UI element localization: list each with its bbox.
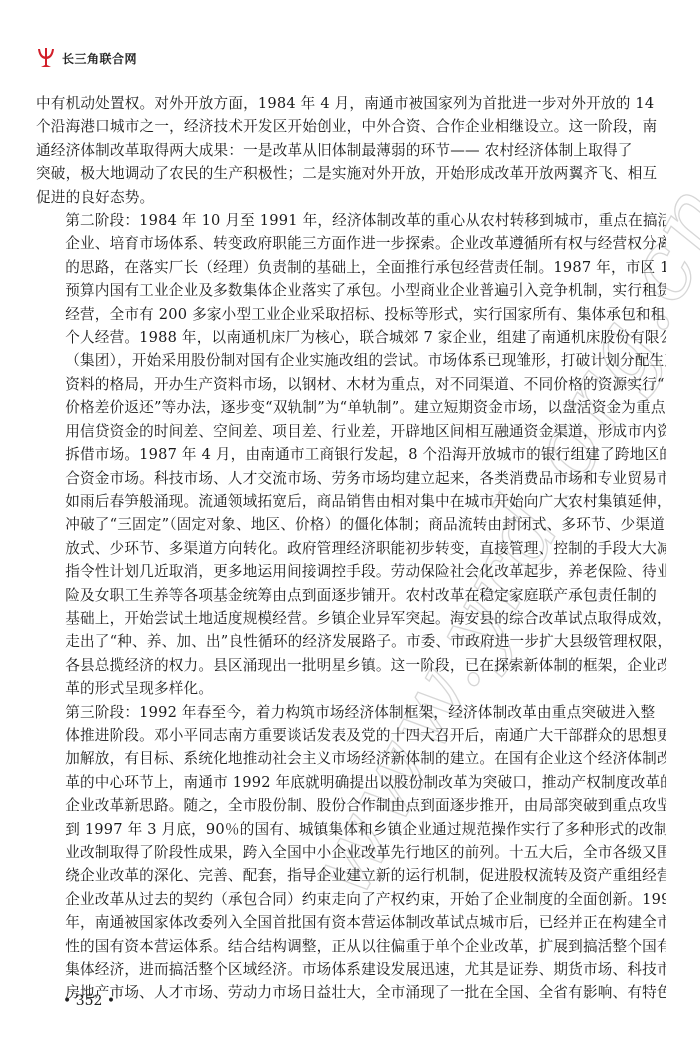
paragraph: 第二阶段：1984 年 10 月至 1991 年，经济体制改革的重心从农村转移到… xyxy=(36,209,666,701)
text-line: 险及女职工生养等各项基金统筹由点到面逐步铺开。农村改革在稳定家庭联产承包责任制的 xyxy=(36,584,666,607)
text-line: 走出了“种、养、加、出”良性循环的经济发展路子。市委、市政府进一步扩大县级管理权… xyxy=(36,630,666,653)
paragraph: 第三阶段：1992 年春至今，着力构筑市场经济体制框架，经济体制改革由重点突破进… xyxy=(36,701,666,1005)
text-line: 资料的格局，开办生产资料市场，以钢材、木材为重点，对不同渠道、不同价格的资源实行… xyxy=(36,373,666,396)
text-line: 房地产市场、人才市场、劳动力市场日益壮大，全市涌现了一批在全国、全省有影响、有特… xyxy=(36,981,666,1004)
text-line: 拆借市场。1987 年 4 月，由南通市工商银行发起，8 个沿海开放城市的银行组… xyxy=(36,443,666,466)
text-line: 突破，极大地调动了农民的生产积极性；二是实施对外开放，开始形成改革开放两翼齐飞、… xyxy=(36,162,666,185)
text-line: 第二阶段：1984 年 10 月至 1991 年，经济体制改革的重心从农村转移到… xyxy=(36,209,666,232)
text-line: 革的中心环节上，南通市 1992 年底就明确提出以股份制改革为突破口，推动产权制… xyxy=(36,771,666,794)
text-line: 基础上，开始尝试土地适度规模经营。乡镇企业异军突起。海安县的综合改革试点取得成效… xyxy=(36,607,666,630)
text-line: 通经济体制改革取得两大成果：一是改革从旧体制最薄弱的环节—— 农村经济体制上取得… xyxy=(36,139,666,162)
text-line: 放式、少环节、多渠道方向转化。政府管理经济职能初步转变，直接管理、控制的手段大大… xyxy=(36,537,666,560)
text-line: 业改制取得了阶段性成果，跨入全国中小企业改革先行地区的前列。十五大后，全市各级又… xyxy=(36,841,666,864)
text-line: 加解放，有目标、系统化地推动社会主义市场经济新体制的建立。在国有企业这个经济体制… xyxy=(36,747,666,770)
text-line: 的思路，在落实厂长（经理）负责制的基础上，全面推行承包经营责任制。1987 年，… xyxy=(36,256,666,279)
page-number: • 352 • xyxy=(63,993,115,1009)
text-line: 冲破了“三固定”（固定对象、地区、价格）的僵化体制；商品流转由封闭式、多环节、少… xyxy=(36,513,666,536)
text-line: 合资金市场。科技市场、人才交流市场、劳务市场均建立起来，各类消费品市场和专业贸易… xyxy=(36,467,666,490)
text-line: 体推进阶段。邓小平同志南方重要谈话发表及党的十四大召开后，南通广大干部群众的思想… xyxy=(36,724,666,747)
text-line: 经营，全市有 200 多家小型工业企业采取招标、投标等形式，实行国家所有、集体承… xyxy=(36,303,666,326)
text-line: 用信贷资金的时间差、空间差、项目差、行业差，开辟地区间相互融通资金渠道，形成市内… xyxy=(36,420,666,443)
text-line: 到 1997 年 3 月底，90％的国有、城镇集体和乡镇企业通过规范操作实行了多… xyxy=(36,818,666,841)
text-line: 个人经营。1988 年，以南通机床厂为核心，联合城郊 7 家企业，组建了南通机床… xyxy=(36,326,666,349)
text-line: 如雨后春笋般涌现。流通领域拓宽后，商品销售由相对集中在城市开始向广大农村集镇延伸… xyxy=(36,490,666,513)
text-line: 价格差价返还”等办法，逐步变“双轨制”为“单轨制”。建立短期资金市场，以盘活资金… xyxy=(36,396,666,419)
text-line: 企业改革新思路。随之，全市股份制、股份合作制由点到面逐步推开，由局部突破到重点攻… xyxy=(36,794,666,817)
psi-logo-icon xyxy=(36,46,56,70)
text-line: 革的形式呈现多样化。 xyxy=(36,677,666,700)
paragraph: 中有机动处置权。对外开放方面，1984 年 4 月，南通市被国家列为首批进一步对… xyxy=(36,92,666,209)
text-line: 企业、培育市场体系、转变政府职能三方面作进一步探索。企业改革遵循所有权与经营权分… xyxy=(36,232,666,255)
text-line: 指令性计划几近取消，更多地运用间接调控手段。劳动保险社会化改革起步，养老保险、待… xyxy=(36,560,666,583)
text-line: 促进的良好态势。 xyxy=(36,186,666,209)
site-name: 长三角联合网 xyxy=(62,50,137,67)
text-line: 预算内国有工业企业及多数集体企业落实了承包。小型商业企业普遍引入竞争机制，实行租… xyxy=(36,279,666,302)
document-body: 中有机动处置权。对外开放方面，1984 年 4 月，南通市被国家列为首批进一步对… xyxy=(36,92,666,1005)
text-line: 年，南通被国家体改委列入全国首批国有资本营运体制改革试点城市后，已经并正在构建全… xyxy=(36,911,666,934)
text-line: 个沿海港口城市之一，经济技术开发区开始创业，中外合资、合作企业相继设立。这一阶段… xyxy=(36,115,666,138)
text-line: （集团），开始采用股份制对国有企业实施改组的尝试。市场体系已现雏形，打破计划分配… xyxy=(36,349,666,372)
text-line: 企业改革从过去的契约（承包合同）约束走向了产权约束，开始了企业制度的全面创新。1… xyxy=(36,888,666,911)
text-line: 各县总揽经济的权力。县区涌现出一批明星乡镇。这一阶段，已在探索新体制的框架，企业… xyxy=(36,654,666,677)
text-line: 中有机动处置权。对外开放方面，1984 年 4 月，南通市被国家列为首批进一步对… xyxy=(36,92,666,115)
text-line: 集体经济，进而搞活整个区域经济。市场体系建设发展迅速，尤其是证券、期货市场、科技… xyxy=(36,958,666,981)
text-line: 性的国有资本营运体系。结合结构调整，正从以往偏重于单个企业改革，扩展到搞活整个国… xyxy=(36,935,666,958)
text-line: 第三阶段：1992 年春至今，着力构筑市场经济体制框架，经济体制改革由重点突破进… xyxy=(36,701,666,724)
text-line: 绕企业改革的深化、完善、配套，指导企业建立新的运行机制，促进股权流转及资产重组经… xyxy=(36,864,666,887)
page-header: 长三角联合网 xyxy=(36,46,137,70)
